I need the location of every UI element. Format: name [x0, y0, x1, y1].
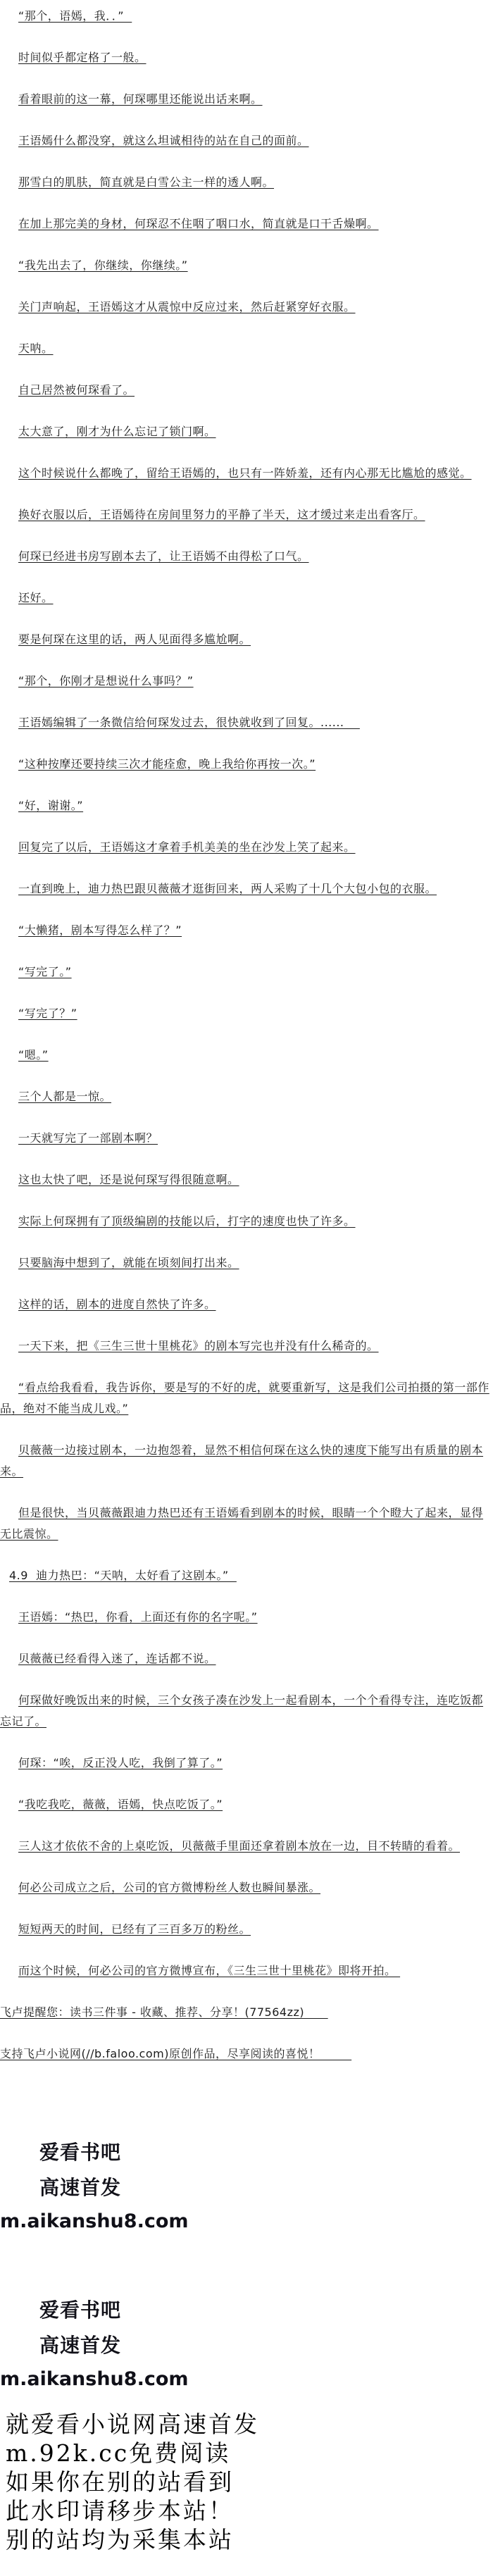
novel-paragraph: 一天下来，把《三生三世十里桃花》的剧本写完也并没有什么稀奇的。: [0, 1336, 493, 1357]
watermark-line: m.92k.cc免费阅读: [0, 2439, 493, 2468]
promo-url: m.aikanshu8.com: [0, 2363, 493, 2396]
novel-paragraph: 这个时候说什么都晚了，留给王语嫣的，也只有一阵娇羞，还有内心那无比尴尬的感觉。: [0, 463, 493, 484]
promo-section: 爱看书吧高速首发m.aikanshu8.com爱看书吧高速首发m.aikansh…: [0, 2135, 493, 2396]
watermark-block: 就爱看小说网高速首发m.92k.cc免费阅读如果你在别的站看到此水印请移步本站！…: [0, 2410, 493, 2556]
novel-paragraph: 实际上何琛拥有了顶级编剧的技能以后，打字的速度也快了许多。: [0, 1211, 493, 1232]
novel-paragraph: 换好衣服以后，王语嫣待在房间里努力的平静了半天，这才缓过来走出看客厅。: [0, 504, 493, 525]
promo-block: 爱看书吧高速首发m.aikanshu8.com: [0, 2293, 493, 2396]
novel-paragraph: 天呐。: [0, 338, 493, 359]
faloo-support: 支持飞卢小说网(//b.faloo.com)原创作品，尽享阅读的喜悦！: [0, 2043, 493, 2065]
promo-block: 爱看书吧高速首发m.aikanshu8.com: [0, 2135, 493, 2238]
novel-paragraph: 三人这才依依不舍的上桌吃饭，贝薇薇手里面还拿着剧本放在一边，目不转睛的看着。: [0, 1836, 493, 1857]
faloo-reminder: 飞卢提醒您：读书三件事 - 收藏、推荐、分享！(77564zz): [0, 2002, 493, 2023]
novel-paragraph: 贝薇薇已经看得入迷了，连话都不说。: [0, 1648, 493, 1669]
watermark-line: 如果你在别的站看到: [0, 2468, 493, 2496]
novel-paragraph: 时间似乎都定格了一般。: [0, 47, 493, 68]
novel-content: “那个，语嫣，我．．” 时间似乎都定格了一般。看着眼前的这一幕，何琛哪里还能说出…: [0, 0, 493, 2065]
novel-paragraph: 关门声响起，王语嫣这才从震惊中反应过来，然后赶紧穿好衣服。: [0, 297, 493, 318]
novel-paragraph: 何琛已经进书房写剧本去了，让王语嫣不由得松了口气。: [0, 546, 493, 567]
promo-tagline: 高速首发: [0, 2170, 493, 2205]
watermark-line: 别的站均为采集本站: [0, 2525, 493, 2554]
novel-paragraph: 看着眼前的这一幕，何琛哪里还能说出话来啊。: [0, 89, 493, 110]
novel-paragraph: 太大意了，刚才为什么忘记了锁门啊。: [0, 421, 493, 442]
novel-paragraph: 王语嫣什么都没穿，就这么坦诚相待的站在自己的面前。: [0, 130, 493, 151]
novel-paragraph: 三个人都是一惊。: [0, 1086, 493, 1107]
novel-paragraph: 在加上那完美的身材，何琛忍不住咽了咽口水，简直就是口干舌燥啊。: [0, 213, 493, 235]
novel-paragraph: 要是何琛在这里的话，两人见面得多尴尬啊。: [0, 629, 493, 650]
novel-paragraph: 何必公司成立之后，公司的官方微博粉丝人数也瞬间暴涨。: [0, 1877, 493, 1898]
novel-paragraph: “这种按摩还要持续三次才能痊愈，晚上我给你再按一次。”: [0, 754, 493, 775]
novel-paragraph: 一天就写完了一部剧本啊？: [0, 1128, 493, 1149]
promo-tagline: 高速首发: [0, 2328, 493, 2363]
novel-paragraph: 王语嫣：“热巴，你看，上面还有你的名字呢。”: [0, 1607, 493, 1628]
novel-paragraph: 4.9 迪力热巴：“天呐，太好看了这剧本。”: [0, 1565, 493, 1586]
watermark-line: 此水印请移步本站！: [0, 2496, 493, 2525]
promo-site-name: 爱看书吧: [0, 2135, 493, 2170]
novel-paragraph: “大懒猪，剧本写得怎么样了？”: [0, 920, 493, 941]
novel-paragraph: “写完了。”: [0, 962, 493, 983]
novel-paragraph: 贝薇薇一边接过剧本，一边抱怨着，显然不相信何琛在这么快的速度下能写出有质量的剧本…: [0, 1440, 493, 1482]
novel-paragraph: 自己居然被何琛看了。: [0, 380, 493, 401]
novel-paragraph: 王语嫣编辑了一条微信给何琛发过去，很快就收到了回复。......: [0, 712, 493, 733]
novel-paragraph: 何琛：“唉，反正没人吃，我倒了算了。”: [0, 1753, 493, 1774]
novel-paragraph: 何琛做好晚饭出来的时候，三个女孩子凑在沙发上一起看剧本，一个个看得专注，连吃饭都…: [0, 1690, 493, 1732]
novel-paragraph: “写完了？”: [0, 1003, 493, 1024]
novel-paragraph: “看点给我看看，我告诉你，要是写的不好的虎，就要重新写，这是我们公司拍摄的第一部…: [0, 1377, 493, 1419]
novel-paragraph: “好，谢谢。”: [0, 795, 493, 816]
novel-paragraph: 这样的话，剧本的进度自然快了许多。: [0, 1294, 493, 1315]
novel-paragraph: 而这个时候，何必公司的官方微博宣布，《三生三世十里桃花》即将开拍。: [0, 1960, 493, 1981]
novel-paragraph: 只要脑海中想到了，就能在顷刻间打出来。: [0, 1252, 493, 1274]
novel-paragraph: 回复完了以后，王语嫣这才拿着手机美美的坐在沙发上笑了起来。: [0, 837, 493, 858]
watermark-line: 就爱看小说网高速首发: [0, 2410, 493, 2439]
novel-paragraph: 但是很快，当贝薇薇跟迪力热巴还有王语嫣看到剧本的时候，眼睛一个个瞪大了起来，显得…: [0, 1502, 493, 1545]
novel-paragraph: “嗯。”: [0, 1045, 493, 1066]
novel-paragraph: 还好。: [0, 587, 493, 609]
novel-paragraph: “那个，语嫣，我．．”: [0, 6, 493, 27]
novel-paragraph: 这也太快了吧，还是说何琛写得很随意啊。: [0, 1169, 493, 1190]
novel-paragraph: 那雪白的肌肤，简直就是白雪公主一样的透人啊。: [0, 172, 493, 193]
novel-paragraph: 短短两天的时间，已经有了三百多万的粉丝。: [0, 1919, 493, 1940]
novel-paragraph: “我吃我吃，薇薇，语嫣，快点吃饭了。”: [0, 1794, 493, 1815]
novel-paragraph: “那个，你刚才是想说什么事吗？”: [0, 671, 493, 692]
novel-paragraph: 一直到晚上，迪力热巴跟贝薇薇才逛街回来，两人采购了十几个大包小包的衣服。: [0, 878, 493, 900]
promo-url: m.aikanshu8.com: [0, 2205, 493, 2238]
novel-paragraph: “我先出去了，你继续，你继续。”: [0, 255, 493, 276]
promo-site-name: 爱看书吧: [0, 2293, 493, 2328]
